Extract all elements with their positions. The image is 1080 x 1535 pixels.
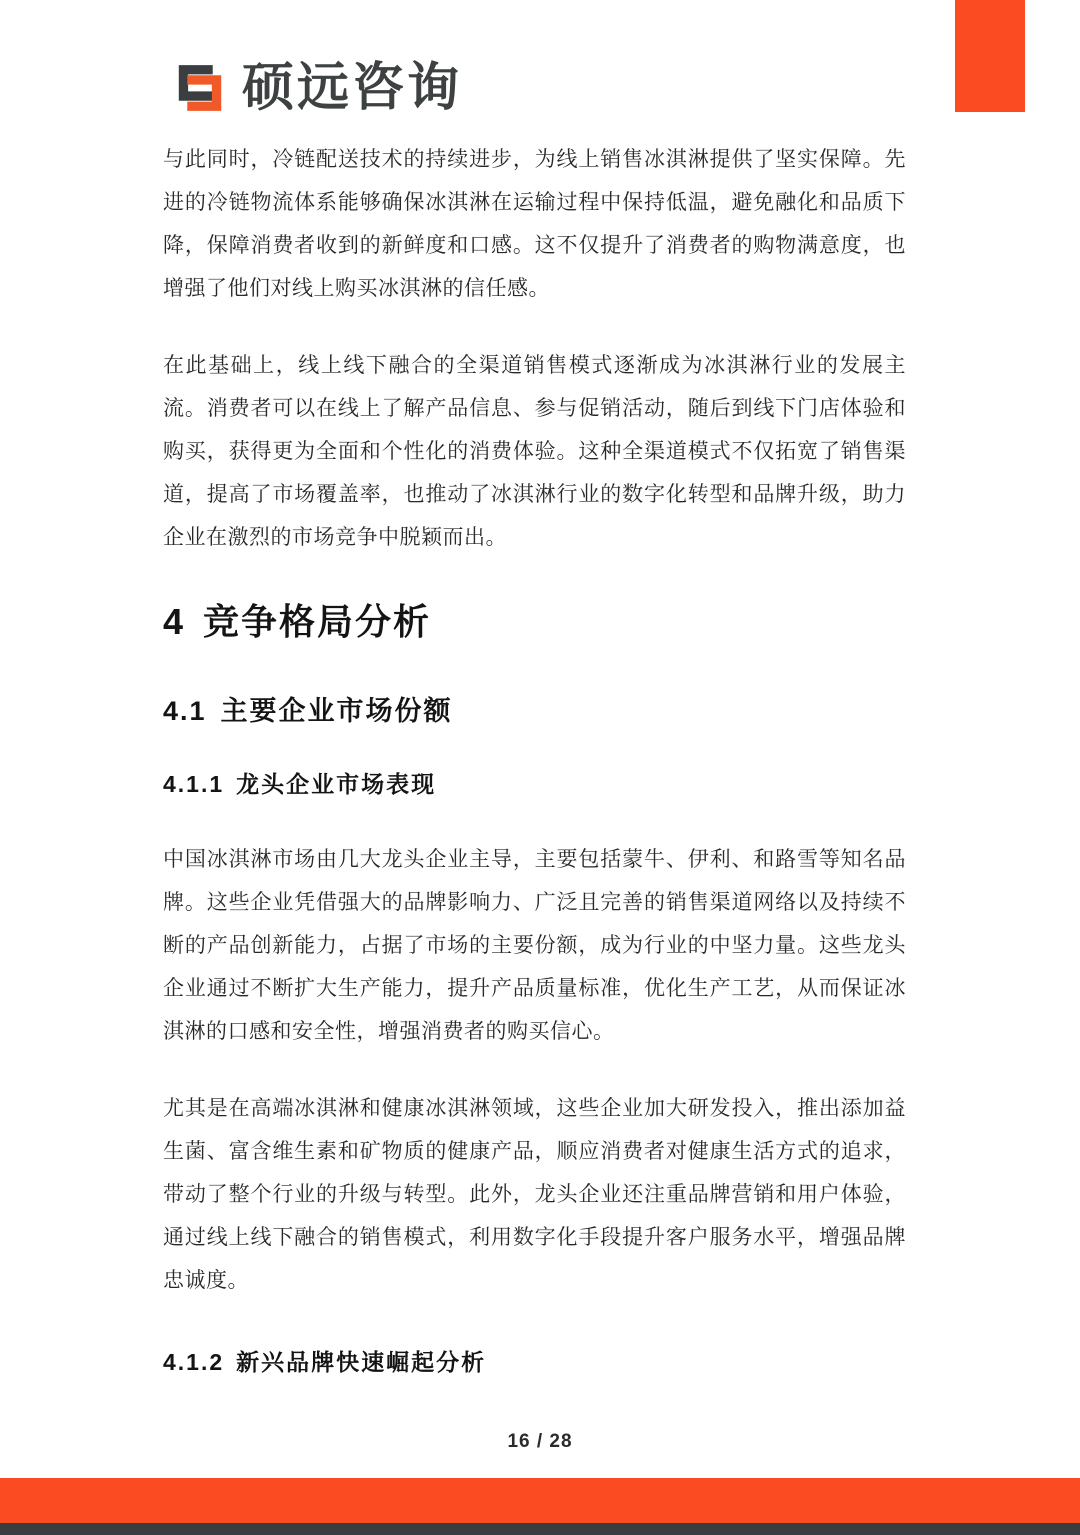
body-paragraph: 尤其是在高端冰淇淋和健康冰淇淋领域，这些企业加大研发投入，推出添加益生菌、富含维… (163, 1087, 906, 1302)
brand-logo-icon (172, 60, 228, 116)
bottom-accent-bar (0, 1478, 1080, 1523)
subsubsection-number: 4.1.2 (163, 1346, 224, 1379)
body-paragraph: 中国冰淇淋市场由几大龙头企业主导，主要包括蒙牛、伊利、和路雪等知名品牌。这些企业… (163, 838, 906, 1053)
subsection-heading: 4.1主要企业市场份额 (163, 692, 453, 730)
subsubsection-heading: 4.1.1龙头企业市场表现 (163, 768, 436, 801)
subsubsection-heading: 4.1.2新兴品牌快速崛起分析 (163, 1346, 486, 1379)
page-number: 16 / 28 (0, 1431, 1080, 1453)
section-heading: 4竞争格局分析 (163, 598, 431, 646)
section-number: 4 (163, 598, 185, 646)
brand-header: 硕远咨询 (172, 60, 462, 116)
subsection-title: 主要企业市场份额 (221, 696, 453, 726)
subsubsection-number: 4.1.1 (163, 768, 224, 801)
body-paragraph: 在此基础上，线上线下融合的全渠道销售模式逐渐成为冰淇淋行业的发展主流。消费者可以… (163, 344, 906, 559)
report-page: 硕远咨询 与此同时，冷链配送技术的持续进步，为线上销售冰淇淋提供了坚实保障。先进… (0, 0, 1080, 1535)
top-right-accent-bar (955, 0, 1025, 112)
brand-logo-text: 硕远咨询 (242, 60, 462, 116)
bottom-dark-strip (0, 1523, 1080, 1535)
subsubsection-title: 新兴品牌快速崛起分析 (236, 1349, 486, 1375)
body-paragraph: 与此同时，冷链配送技术的持续进步，为线上销售冰淇淋提供了坚实保障。先进的冷链物流… (163, 138, 906, 310)
subsection-number: 4.1 (163, 692, 207, 730)
subsubsection-title: 龙头企业市场表现 (236, 771, 436, 797)
section-title: 竞争格局分析 (203, 601, 431, 642)
